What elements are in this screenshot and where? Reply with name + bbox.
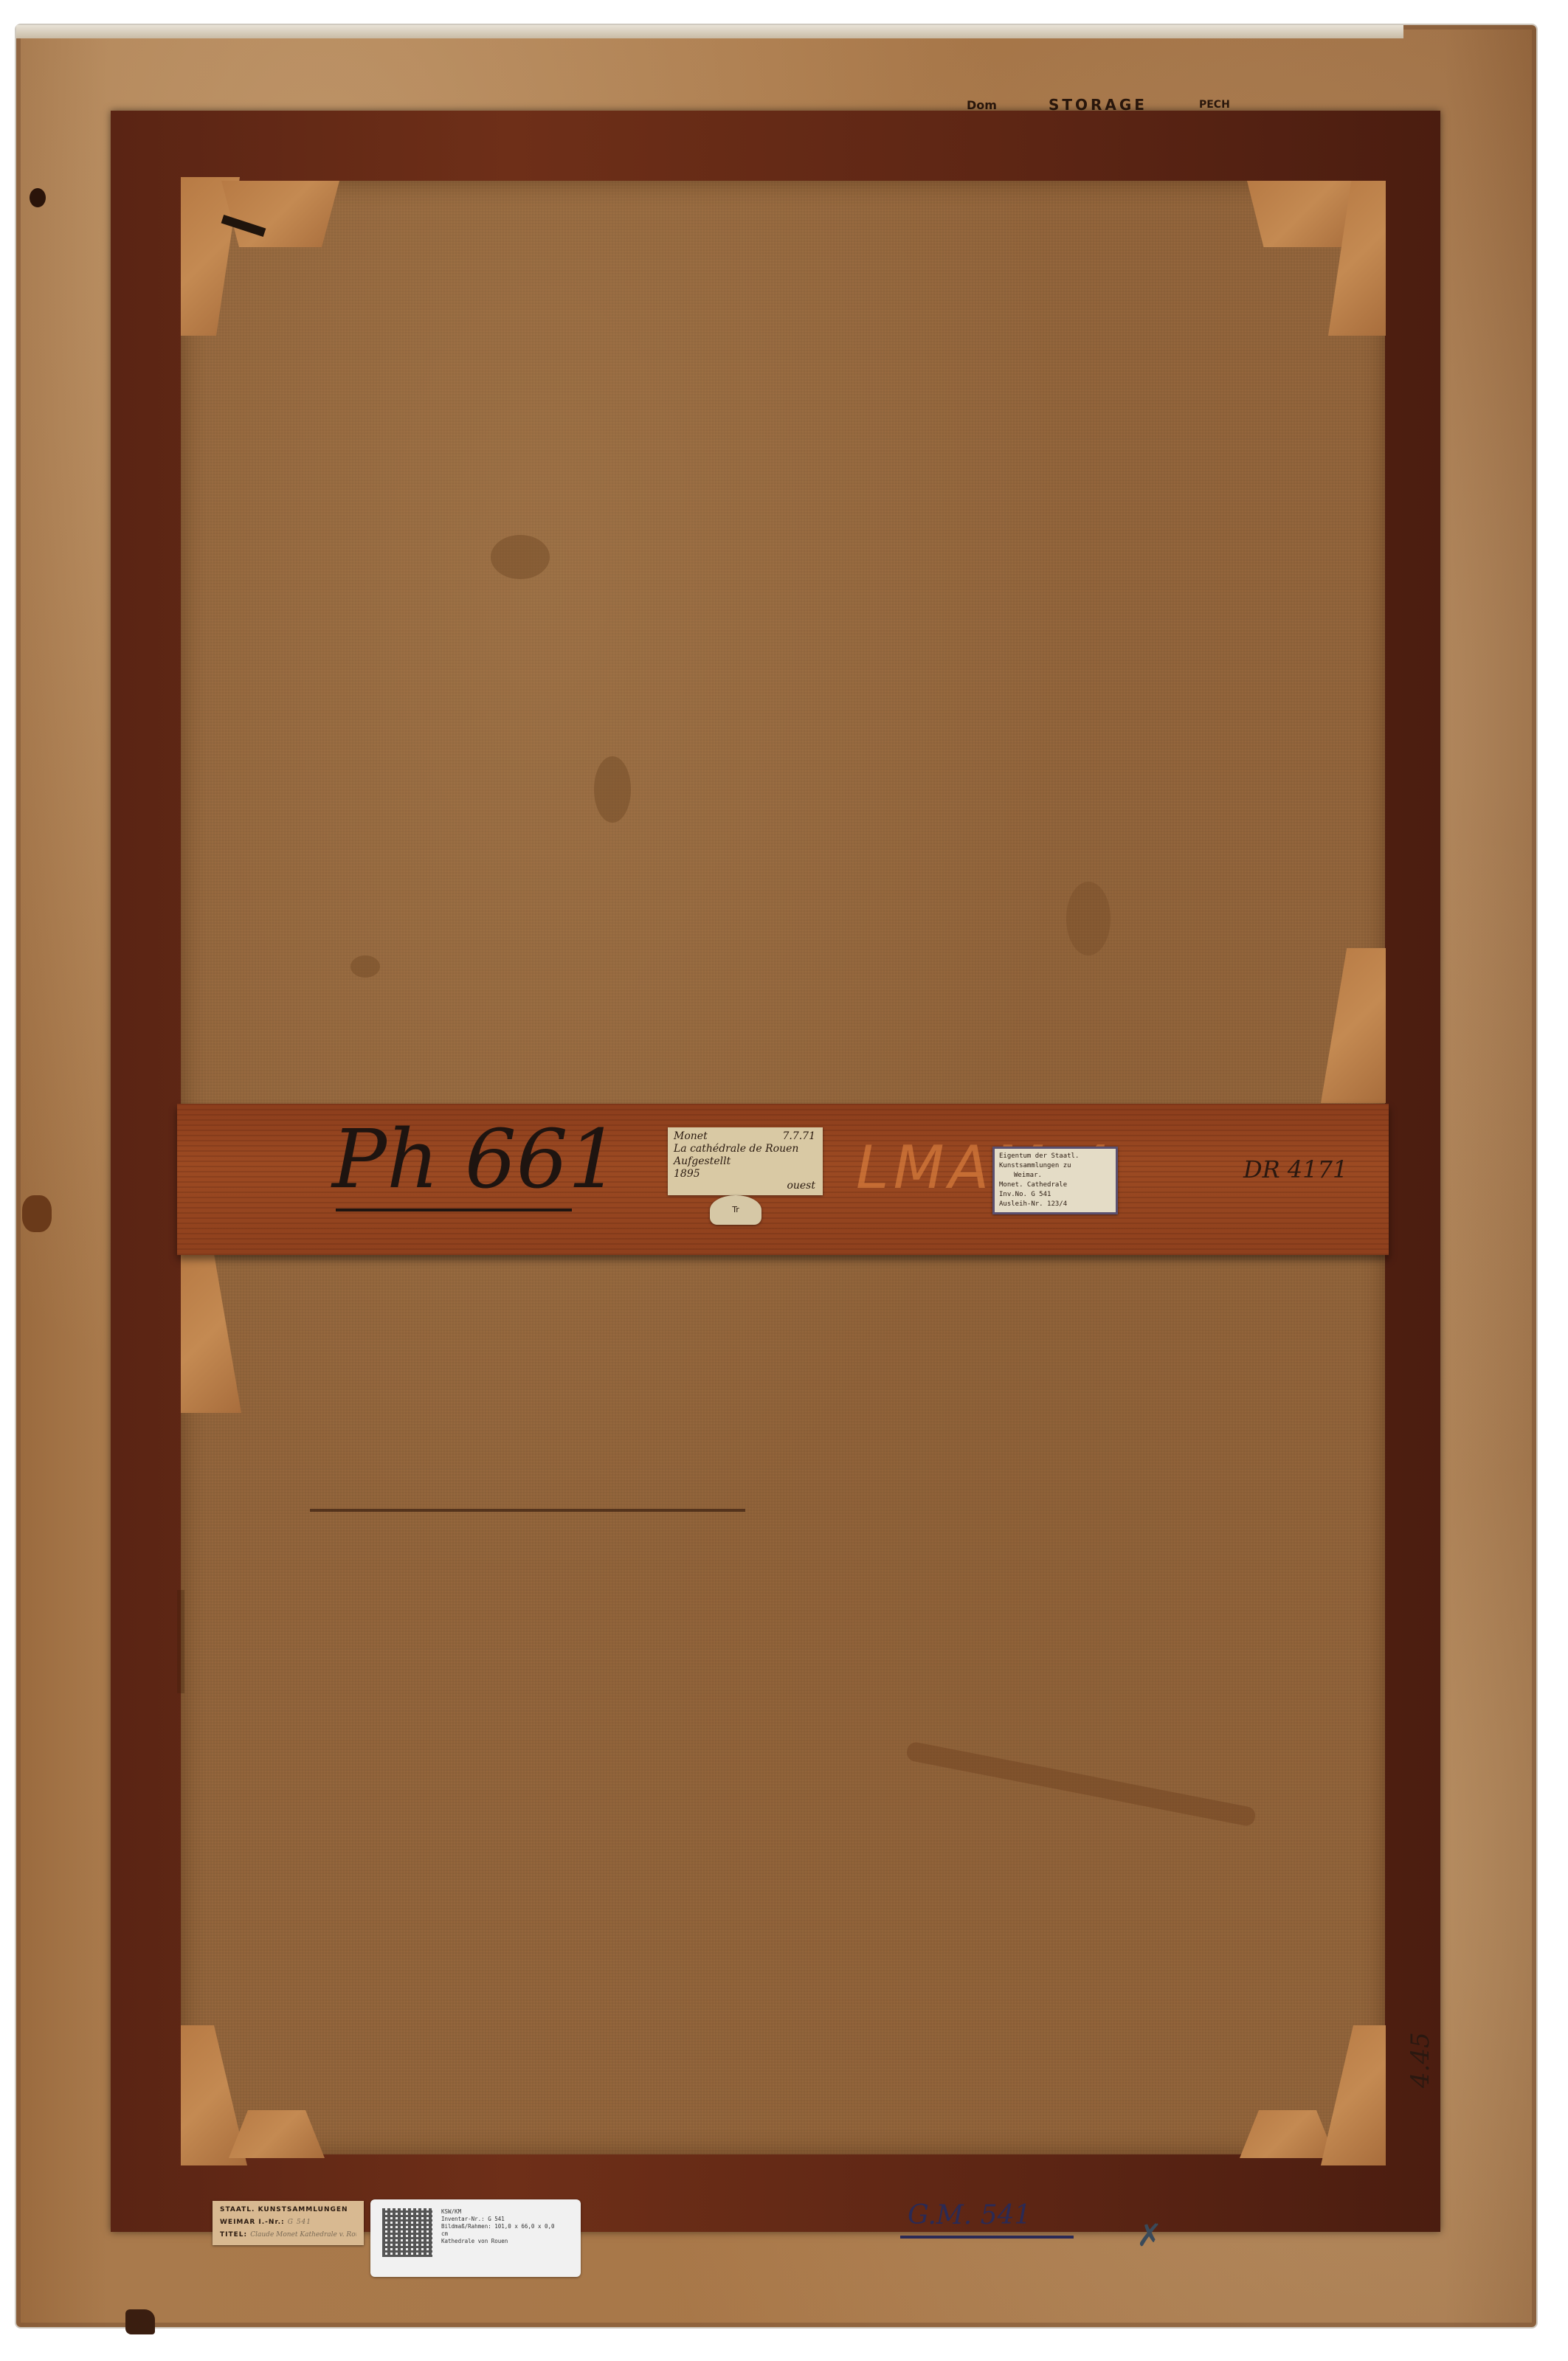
inscription-underline [336, 1209, 572, 1211]
frame-damage [125, 2309, 155, 2334]
storage-stamp-right: PECH [1199, 99, 1230, 111]
edge-shadow [177, 1590, 184, 1693]
typed-label-line5: Inv.No. G 541 [999, 1190, 1111, 1200]
qr-label-inventory: Inventar-Nr.: G 541 [441, 2216, 555, 2223]
inscription-gm-541: G.M. 541 [908, 2200, 1031, 2230]
typed-ownership-label: Eigentum der Staatl. Kunstsammlungen zu … [992, 1147, 1118, 1214]
frame-top-edge [16, 25, 1403, 38]
corner-key-top-right-horizontal [1247, 181, 1358, 247]
inscription-right-edge: 4.45 [1406, 2032, 1435, 2088]
stretcher-crossbar: Ph 661 Monet La cathédrale de Rouen Aufg… [177, 1104, 1389, 1255]
inscription-dr: DR 4171 [1243, 1155, 1347, 1183]
typed-label-line4: Monet. Cathedrale [999, 1180, 1111, 1190]
qr-label-line1: KSW/KM [441, 2208, 555, 2216]
qr-label-unit: cm [441, 2230, 555, 2238]
note-direction: ouest [787, 1180, 815, 1192]
inventory-label-title-prefix: TITEL: [220, 2231, 247, 2239]
corner-key-top-left-horizontal [221, 181, 339, 247]
stain [350, 955, 380, 978]
note-line3: Aufgestellt [674, 1155, 817, 1168]
note-title: La cathédrale de Rouen [674, 1143, 817, 1155]
wood-knot [22, 1195, 52, 1232]
inscription-gm-underline [900, 2236, 1074, 2239]
stain [594, 756, 631, 823]
scratch-line [310, 1509, 745, 1512]
inventory-label: STAATL. KUNSTSAMMLUNGEN WEIMAR I.-Nr.: G… [213, 2201, 364, 2245]
qr-code-label: KSW/KM Inventar-Nr.: G 541 Bildmaß/Rahme… [370, 2199, 581, 2277]
inventory-label-title: Claude Monet Kathedrale v. Rouen [250, 2231, 356, 2239]
qr-label-dimensions: Bildmaß/Rahmen: 101,0 x 66,0 x 0,0 [441, 2223, 555, 2230]
nail-hole [30, 188, 46, 207]
inventory-label-number-prefix: WEIMAR I.-Nr.: [220, 2219, 285, 2226]
inventory-label-institution: STAATL. KUNSTSAMMLUNGEN [220, 2204, 356, 2216]
stain [491, 535, 550, 579]
qr-label-title: Kathedrale von Rouen [441, 2238, 555, 2245]
qr-label-text: KSW/KM Inventar-Nr.: G 541 Bildmaß/Rahme… [441, 2208, 555, 2245]
typed-label-line1: Eigentum der Staatl. [999, 1152, 1111, 1161]
inscription-ph-661: Ph 661 [332, 1119, 620, 1200]
storage-stamp-left: Dom [967, 98, 997, 112]
pencil-x-mark-icon: ✗ [1136, 2217, 1162, 2253]
typed-label-line6: Ausleih-Nr. 123/4 [999, 1200, 1111, 1209]
inventory-label-number: G 541 [288, 2219, 311, 2226]
typed-label-line2: Kunstsammlungen zu [999, 1161, 1111, 1171]
small-paper-tag: Tr [710, 1195, 761, 1225]
typed-label-line3: Weimar. [999, 1171, 1111, 1180]
note-year: 1895 [674, 1168, 817, 1180]
note-number: 7.7.71 [782, 1130, 815, 1143]
stain [1066, 882, 1111, 955]
handwritten-note-label: Monet La cathédrale de Rouen Aufgestellt… [668, 1127, 823, 1195]
streak-stain [905, 1740, 1257, 1827]
qr-code-icon[interactable] [382, 2208, 432, 2257]
